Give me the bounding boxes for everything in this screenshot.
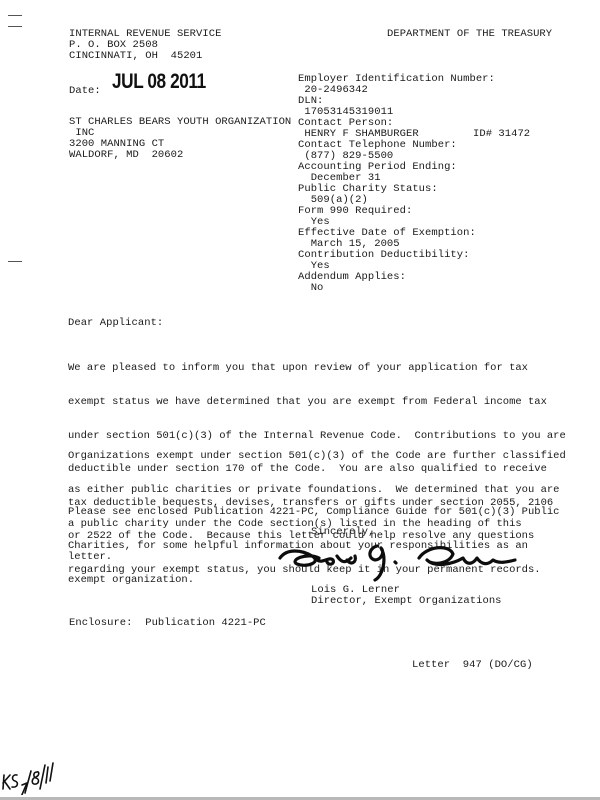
edge-mark	[8, 261, 22, 262]
date-label: Date:	[69, 86, 101, 97]
closing-sincerely: Sincerely,	[311, 527, 375, 538]
date-stamp: JUL 08 2011	[112, 70, 206, 94]
recipient-name: ST CHARLES BEARS YOUTH ORGANIZATION	[69, 117, 291, 128]
handwritten-initials-date: KS 7/8/11	[0, 745, 70, 795]
enclosure-line: Enclosure: Publication 4221-PC	[69, 618, 266, 629]
paragraph-line: Organizations exempt under section 501(c…	[68, 451, 566, 462]
paragraph-line: Please see enclosed Publication 4221-PC,…	[68, 507, 559, 518]
salutation: Dear Applicant:	[68, 318, 163, 329]
signer-title: Director, Exempt Organizations	[311, 596, 502, 607]
department-name: DEPARTMENT OF THE TREASURY	[387, 29, 552, 40]
letter-code: Letter 947 (DO/CG)	[412, 660, 533, 671]
edge-mark	[8, 15, 22, 16]
contact-id: ID# 31472	[473, 129, 530, 140]
paragraph-line: exempt status we have determined that yo…	[68, 397, 566, 408]
paragraph-line: We are pleased to inform you that upon r…	[68, 363, 566, 374]
recipient-city: WALDORF, MD 20602	[69, 150, 183, 161]
addendum-value: No	[298, 283, 323, 294]
edge-mark	[8, 26, 22, 27]
agency-city: CINCINNATI, OH 45201	[69, 51, 202, 62]
